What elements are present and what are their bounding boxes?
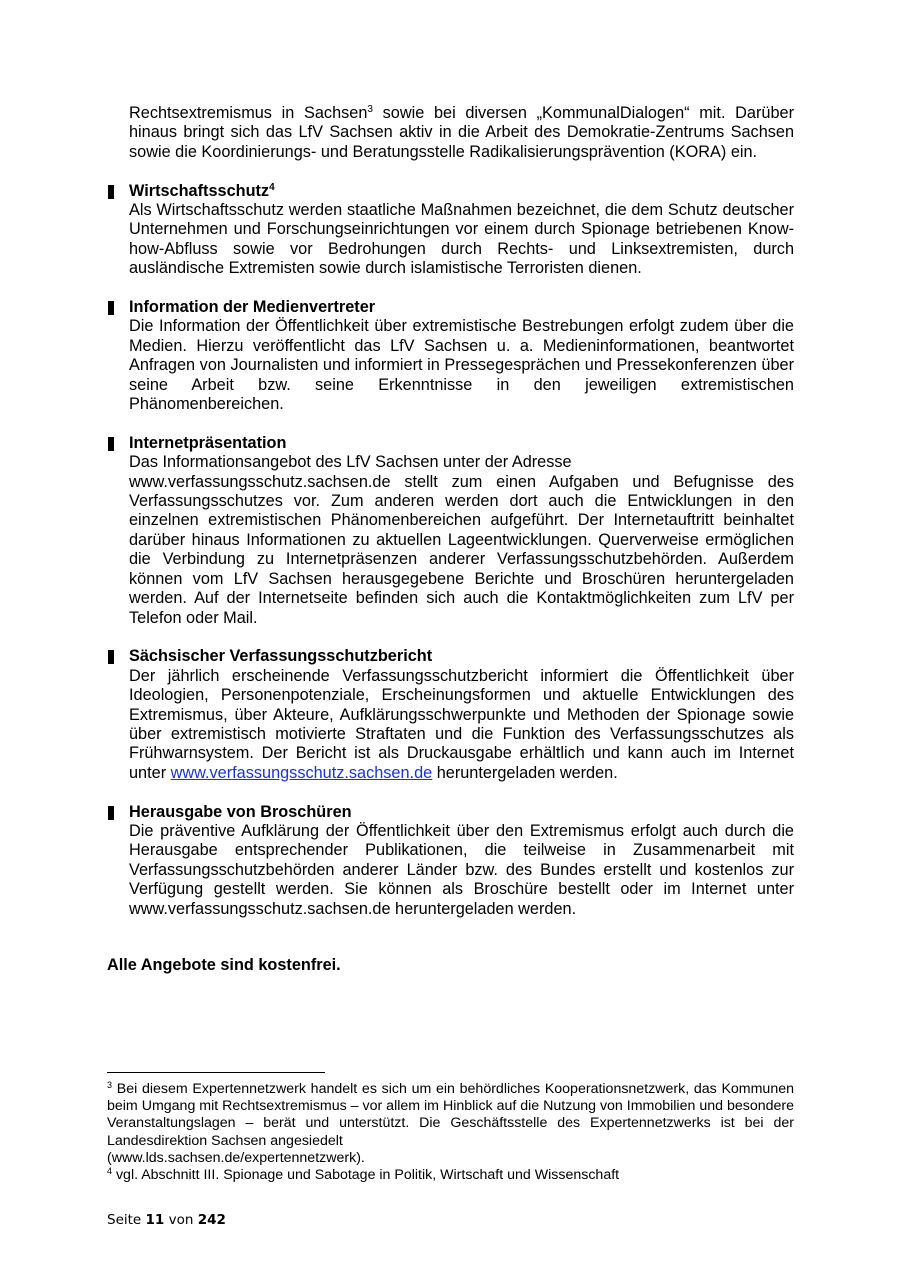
section-body: Der jährlich erscheinende Verfassungssch…	[129, 667, 794, 783]
main-content: Rechtsextremismus in Sachsen3 sowie bei …	[129, 104, 794, 919]
closing-statement: Alle Angebote sind kostenfrei.	[107, 956, 341, 975]
footnote-ref-4[interactable]: 4	[269, 182, 275, 193]
section-verfassungsschutzbericht: Sächsischer Verfassungsschutzbericht Der…	[129, 647, 794, 783]
section-body: Die Information der Öffentlichkeit über …	[129, 317, 794, 414]
page-number: Seite 11 von 242	[107, 1212, 226, 1228]
footnote-separator	[107, 1072, 325, 1073]
intro-text: Rechtsextremismus in Sachsen	[129, 104, 367, 122]
section-body: Als Wirtschaftsschutz werden staatliche …	[129, 201, 794, 279]
section-heading: Internetpräsentation	[129, 434, 794, 453]
bullet-square-icon	[108, 650, 114, 664]
section-heading: Herausgabe von Broschüren	[129, 803, 794, 822]
section-body: www.verfassungsschutz.sachsen.de stellt …	[129, 473, 794, 628]
section-heading: Information der Medienvertreter	[129, 298, 794, 317]
document-page: Rechtsextremismus in Sachsen3 sowie bei …	[0, 0, 900, 1273]
footnote-3: 3 Bei diesem Expertennetzwerk handelt es…	[107, 1081, 794, 1150]
section-body-line1: Das Informationsangebot des LfV Sachsen …	[129, 453, 794, 472]
bullet-square-icon	[108, 437, 114, 451]
section-broschueren: Herausgabe von Broschüren Die präventive…	[129, 803, 794, 919]
footnote-3-line2: (www.lds.sachsen.de/expertennetzwerk).	[107, 1150, 794, 1167]
section-heading: Sächsischer Verfassungsschutzbericht	[129, 647, 794, 666]
section-medienvertreter: Information der Medienvertreter Die Info…	[129, 298, 794, 414]
section-wirtschaftsschutz: Wirtschaftsschutz4 Als Wirtschaftsschutz…	[129, 182, 794, 279]
footnotes: 3 Bei diesem Expertennetzwerk handelt es…	[107, 1081, 794, 1184]
bullet-square-icon	[108, 806, 114, 820]
section-heading: Wirtschaftsschutz4	[129, 182, 794, 201]
intro-paragraph: Rechtsextremismus in Sachsen3 sowie bei …	[129, 104, 794, 162]
bullet-square-icon	[108, 185, 114, 199]
verfassungsschutz-link[interactable]: www.verfassungsschutz.sachsen.de	[171, 764, 433, 782]
section-internetpraesentation: Internetpräsentation Das Informationsang…	[129, 434, 794, 628]
footnote-4: 4 vgl. Abschnitt III. Spionage und Sabot…	[107, 1167, 794, 1184]
section-body: Die präventive Aufklärung der Öffentlich…	[129, 822, 794, 919]
bullet-square-icon	[108, 301, 114, 315]
